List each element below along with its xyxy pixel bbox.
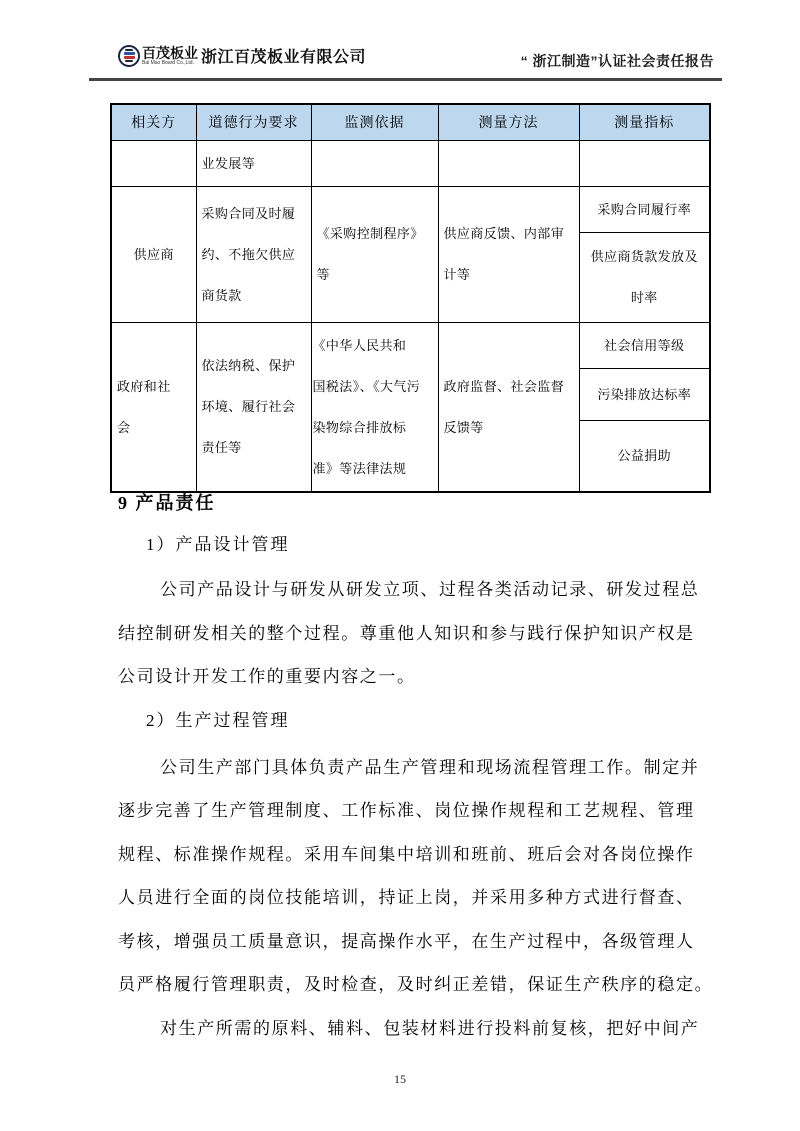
report-title: “ 浙江制造”认证社会责任报告 (521, 51, 714, 71)
table-row: 政府和社 会 依法纳税、保护 环境、履行社会 责任等 《中华人民共和 国税法》、… (111, 322, 710, 368)
cell-stakeholder (111, 140, 196, 186)
col-header-indicator: 测量指标 (579, 104, 710, 140)
col-header-requirement: 道德行为要求 (196, 104, 311, 140)
cell-requirement: 采购合同及时履 约、不拖欠供应 商货款 (196, 186, 311, 322)
company-name: 浙江百茂板业有限公司 (201, 44, 366, 67)
subsection-production-management: 2）生产过程管理 (118, 708, 710, 734)
cell-indicator: 社会信用等级 (579, 322, 710, 368)
table-row: 供应商 采购合同及时履 约、不拖欠供应 商货款 《采购控制程序》 等 供应商反馈… (111, 186, 710, 232)
company-logo-icon (118, 45, 140, 67)
cell-indicator: 公益捐助 (579, 421, 710, 492)
cell-stakeholder: 供应商 (111, 186, 196, 322)
col-header-method: 测量方法 (438, 104, 579, 140)
cell-requirement: 依法纳税、保护 环境、履行社会 责任等 (196, 322, 311, 492)
page-header: 百茂板业 Bai Mao Board Co.,Ltd. 浙江百茂板业有限公司 “… (89, 42, 722, 80)
paragraph-production: 公司生产部门具体负责产品生产管理和现场流程管理工作。制定并 逐步完善了生产管理制… (118, 746, 710, 1007)
paragraph-design: 公司产品设计与研发从研发立项、过程各类活动记录、研发过程总 结控制研发相关的整个… (118, 568, 710, 699)
page-number: 15 (0, 1072, 800, 1087)
subsection-design-management: 1）产品设计管理 (118, 532, 710, 558)
cell-indicator: 污染排放达标率 (579, 368, 710, 420)
col-header-basis: 监测依据 (311, 104, 438, 140)
table-header-row: 相关方 道德行为要求 监测依据 测量方法 测量指标 (111, 104, 710, 140)
paragraph-materials: 对生产所需的原料、辅料、包装材料进行投料前复核，把好中间产 (118, 1007, 710, 1051)
cell-indicator (579, 140, 710, 186)
section-heading: 9 产品责任 (118, 489, 710, 517)
header-brand-group: 百茂板业 Bai Mao Board Co.,Ltd. 浙江百茂板业有限公司 (118, 44, 366, 67)
document-page: 百茂板业 Bai Mao Board Co.,Ltd. 浙江百茂板业有限公司 “… (0, 0, 800, 1131)
cell-basis: 《采购控制程序》 等 (311, 186, 438, 322)
cell-basis (311, 140, 438, 186)
cell-stakeholder: 政府和社 会 (111, 322, 196, 492)
cell-basis: 《中华人民共和 国税法》、《大气污 染物综合排放标 准》等法律法规 (311, 322, 438, 492)
cell-indicator: 供应商货款发放及 时率 (579, 232, 710, 322)
cell-method (438, 140, 579, 186)
section-product-responsibility: 9 产品责任 1）产品设计管理 公司产品设计与研发从研发立项、过程各类活动记录、… (118, 489, 710, 1050)
cell-method: 供应商反馈、内部审 计等 (438, 186, 579, 322)
cell-method: 政府监督、社会监督 反馈等 (438, 322, 579, 492)
header-divider (89, 78, 722, 81)
table-row: 业发展等 (111, 140, 710, 186)
brand-text-block: 百茂板业 Bai Mao Board Co.,Ltd. (142, 46, 198, 66)
brand-name-cn: 百茂板业 (142, 46, 198, 60)
col-header-stakeholder: 相关方 (111, 104, 196, 140)
stakeholder-table: 相关方 道德行为要求 监测依据 测量方法 测量指标 业发展等 供应商 采购合同及… (110, 103, 711, 493)
cell-requirement: 业发展等 (196, 140, 311, 186)
cell-indicator: 采购合同履行率 (579, 186, 710, 232)
brand-name-en: Bai Mao Board Co.,Ltd. (142, 61, 198, 66)
